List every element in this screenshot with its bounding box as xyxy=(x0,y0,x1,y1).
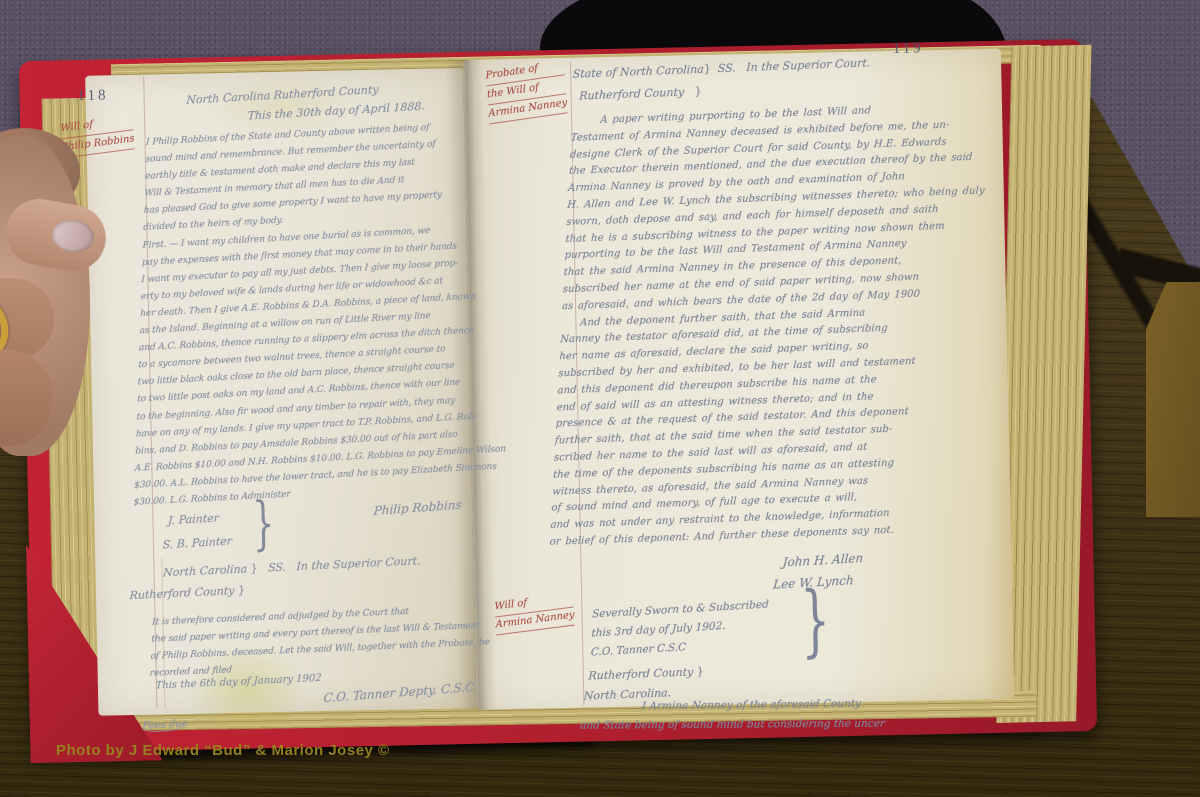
closing-will-opening-line-2: and State being of sound mind but consid… xyxy=(580,718,886,732)
probate-testimony-text: A paper writing purporting to be the las… xyxy=(549,99,1002,552)
page-number-118: 118 xyxy=(77,87,108,105)
jurat-brace: } xyxy=(800,574,831,666)
probate-order-text: It is therefore considered and adjudged … xyxy=(149,601,482,683)
hand xyxy=(0,128,126,468)
witness-brace: } xyxy=(252,490,275,558)
page-number-119: 119 xyxy=(893,40,924,58)
photo-of-record-book: 118 Will of Philip Robbins North Carolin… xyxy=(0,0,1200,797)
chair-seat xyxy=(1146,282,1200,517)
open-record-book: 118 Will of Philip Robbins North Carolin… xyxy=(11,29,1111,767)
photographer-watermark: Photo by J Edward “Bud” & Marion Josey © xyxy=(56,742,390,759)
jurat-text: Severally Sworn to & Subscribedthis 3rd … xyxy=(591,595,770,662)
will-body-text: I Philip Robbins of the State and County… xyxy=(133,118,466,512)
margin-note-probate-of-will: Probate ofthe Will ofArmina Nanney xyxy=(485,56,568,124)
